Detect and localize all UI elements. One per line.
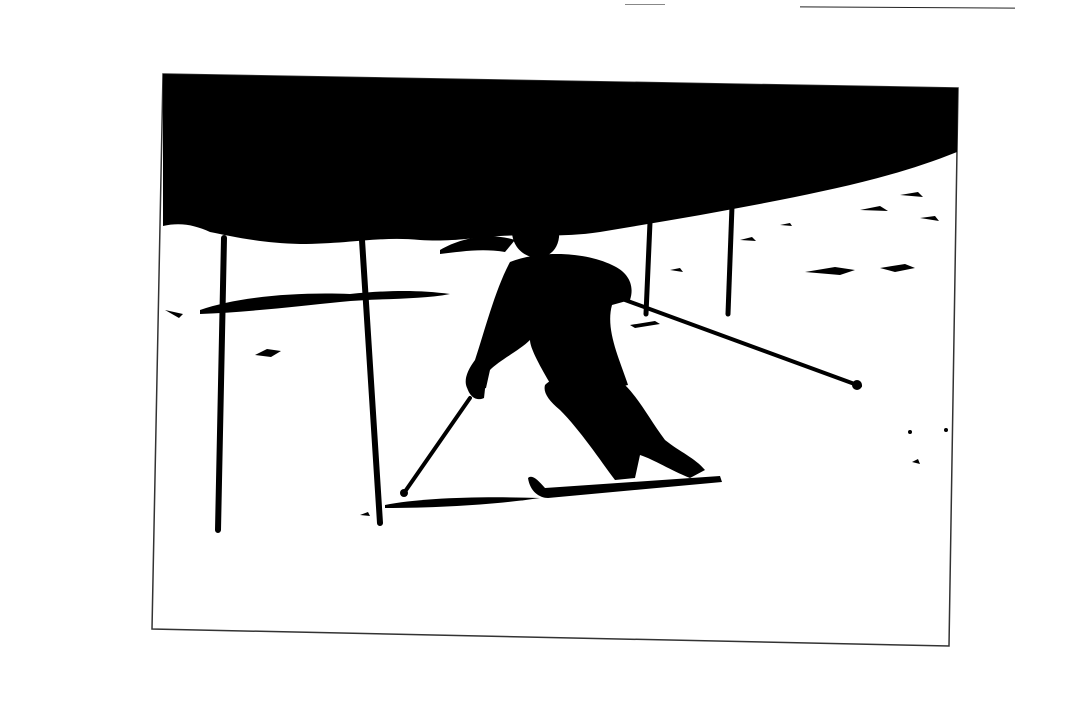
skier-photograph: [0, 0, 1069, 720]
